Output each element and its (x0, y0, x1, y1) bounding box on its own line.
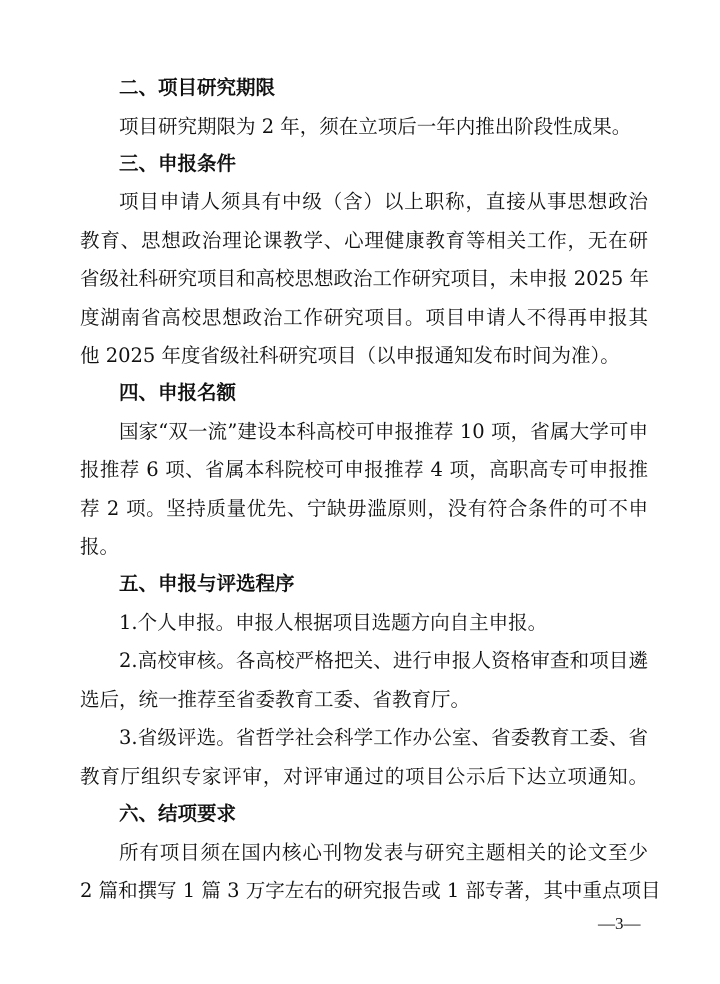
paragraph-line: 报。 (80, 535, 648, 559)
document-page: 二、项目研究期限 项目研究期限为 2 年，须在立项后一年内推出阶段性成果。 三、… (0, 0, 720, 984)
paragraph-line: 度湖南省高校思想政治工作研究项目。项目申请人不得再申报其 (80, 306, 648, 330)
paragraph-line: 报推荐 6 项、省属本科院校可申报推荐 4 项，高职高专可申报推 (80, 458, 648, 482)
section-heading-procedure: 五、申报与评选程序 (119, 572, 295, 596)
paragraph-line: 项目申请人须具有中级（含）以上职称，直接从事思想政治 (119, 190, 648, 214)
paragraph-line: 项目研究期限为 2 年，须在立项后一年内推出阶段性成果。 (119, 115, 648, 139)
paragraph-line: 荐 2 项。坚持质量优先、宁缺毋滥原则，没有符合条件的可不申 (80, 497, 648, 521)
paragraph-line: 国家“双一流”建设本科高校可申报推荐 10 项，省属大学可申 (119, 420, 648, 444)
paragraph-line: 选后，统一推荐至省委教育工委、省教育厅。 (80, 688, 648, 712)
section-heading-completion: 六、结项要求 (119, 802, 236, 826)
section-heading-quota: 四、申报名额 (119, 381, 236, 405)
page-number: —3— (598, 914, 641, 934)
paragraph-line: 他 2025 年度省级社科研究项目（以申报通知发布时间为准）。 (80, 344, 648, 368)
paragraph-line: 1.个人申报。申报人根据项目选题方向自主申报。 (119, 611, 648, 635)
section-heading-eligibility: 三、申报条件 (119, 152, 236, 176)
paragraph-line: 2.高校审核。各高校严格把关、进行申报人资格审查和项目遴 (119, 649, 648, 673)
paragraph-line: 教育、思想政治理论课教学、心理健康教育等相关工作，无在研 (80, 229, 648, 253)
paragraph-line: 省级社科研究项目和高校思想政治工作研究项目，未申报 2025 年 (80, 267, 648, 291)
paragraph-line: 所有项目须在国内核心刊物发表与研究主题相关的论文至少 (119, 841, 648, 865)
paragraph-line: 教育厅组织专家评审，对评审通过的项目公示后下达立项通知。 (80, 765, 648, 789)
paragraph-line: 3.省级评选。省哲学社会科学工作办公室、省委教育工委、省 (119, 726, 648, 750)
section-heading-duration: 二、项目研究期限 (119, 76, 275, 100)
paragraph-line: 2 篇和撰写 1 篇 3 万字左右的研究报告或 1 部专著，其中重点项目 (80, 879, 648, 903)
